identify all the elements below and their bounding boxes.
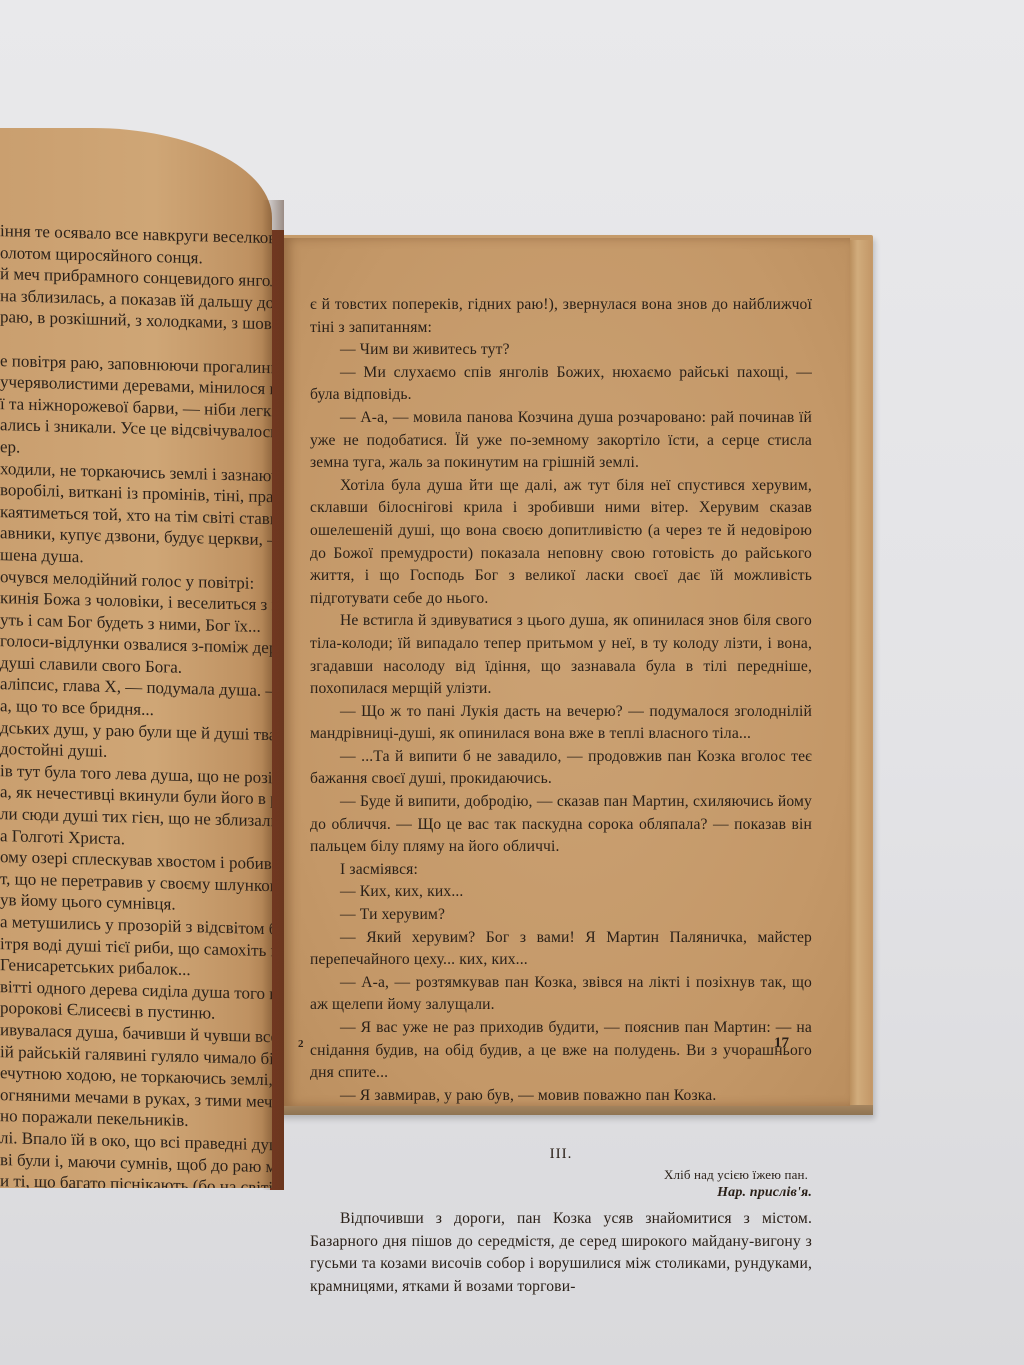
paragraph: — ...Та й випити б не завадило, — продов… [310, 746, 812, 791]
left-page: іння те осявало все навкруги веселковими… [0, 128, 272, 1188]
paragraph: — Що ж то пані Лукія дасть на вечерю? — … [310, 701, 812, 746]
chapter-paragraphs: Відпочивши з дороги, пан Козка усяв знай… [310, 1208, 812, 1298]
paragraph: — Чим ви живитесь тут? [310, 339, 812, 362]
paragraph: — Ти херувим? [310, 904, 812, 927]
paragraph: — А-а, — розтямкував пан Козка, звівся н… [310, 972, 812, 1017]
paragraph: — А-а, — мовила панова Козчина душа розч… [310, 407, 812, 475]
signature-mark: 2 [298, 1038, 304, 1050]
paragraph: — Ми слухаємо спів янголів Божих, нюхаєм… [310, 362, 812, 407]
paragraph: І засміявся: [310, 859, 812, 882]
epigraph-source: Нар. прислів'я. [310, 1184, 812, 1202]
paragraph: Не встигла й здивуватися з цього душа, я… [310, 610, 812, 700]
paragraph: — Буде й випити, добродію, — сказав пан … [310, 791, 812, 859]
paragraph: — Ких, ких, ких... [310, 881, 812, 904]
chapter-number: III. [310, 1143, 812, 1166]
left-page-text: іння те осявало все навкруги веселковими… [0, 220, 272, 1188]
paragraph: — Я завмирав, у раю був, — мовив поважно… [310, 1085, 812, 1108]
right-page-text: є й товстих поперeків, гідних раю!), зве… [310, 294, 812, 1298]
right-page: є й товстих поперeків, гідних раю!), зве… [284, 238, 850, 1106]
body-paragraphs: є й товстих поперeків, гідних раю!), зве… [310, 294, 812, 1107]
paragraph: є й товстих поперeків, гідних раю!), зве… [310, 294, 812, 339]
paragraph: Відпочивши з дороги, пан Козка усяв знай… [310, 1208, 812, 1298]
paragraph: — Я вас уже не раз приходив будити, — по… [310, 1017, 812, 1085]
paragraph: Хотіла була душа йти ще далі, аж тут біл… [310, 475, 812, 611]
page-number: 17 [774, 1035, 789, 1052]
gutter-shadow [262, 200, 284, 1190]
epigraph: Хліб над усією їжею пан. [310, 1166, 808, 1184]
book-cover-edge [848, 240, 872, 1115]
paragraph: — Який херувим? Бог з вами! Я Мартин Пал… [310, 927, 812, 972]
